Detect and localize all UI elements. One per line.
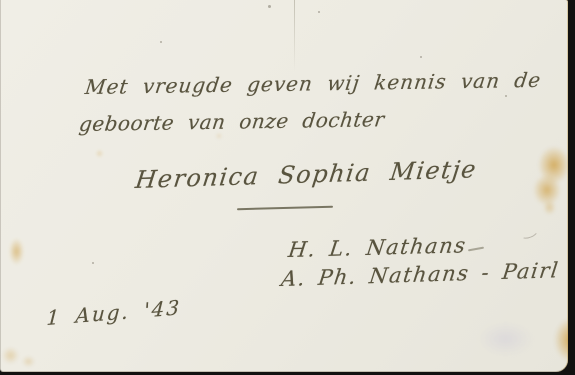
- stain-speck-2: [216, 133, 222, 139]
- paper-smudge: [478, 322, 533, 356]
- announcement-line-2: geboorte van onze dochter: [78, 109, 386, 134]
- stain-speck-1: [96, 150, 103, 157]
- announcement-line-1: Met vreugde geven wij kennis van de: [84, 70, 542, 97]
- stain-left-edge: [9, 238, 24, 265]
- paper-speck: [318, 11, 320, 13]
- stain-right-tail: [543, 200, 556, 215]
- signature-father: H. L. Nathans: [287, 235, 468, 261]
- paper-crease: [294, 0, 295, 72]
- name-underline: [237, 206, 333, 211]
- stain-bottom-left-1: [2, 347, 19, 364]
- paper-speck: [160, 41, 162, 43]
- scan-background: Met vreugde geven wij kennis van de gebo…: [0, 0, 575, 375]
- paper-speck: [268, 5, 271, 8]
- stain-right-edge: [554, 318, 568, 362]
- paper-card: Met vreugde geven wij kennis van de gebo…: [0, 0, 568, 372]
- signature-mother: A. Ph. Nathans - Pairl: [280, 260, 560, 290]
- signature-flourish: [468, 247, 484, 252]
- paper-speck: [92, 262, 94, 264]
- paper-speck: [505, 95, 507, 97]
- date-line: 1 Aug. '43: [46, 297, 182, 328]
- stain-bottom-left-2: [22, 356, 35, 367]
- paper-fiber: [519, 225, 539, 241]
- paper-speck: [420, 56, 422, 58]
- daughter-name-line: Heronica Sophia Mietje: [134, 157, 479, 192]
